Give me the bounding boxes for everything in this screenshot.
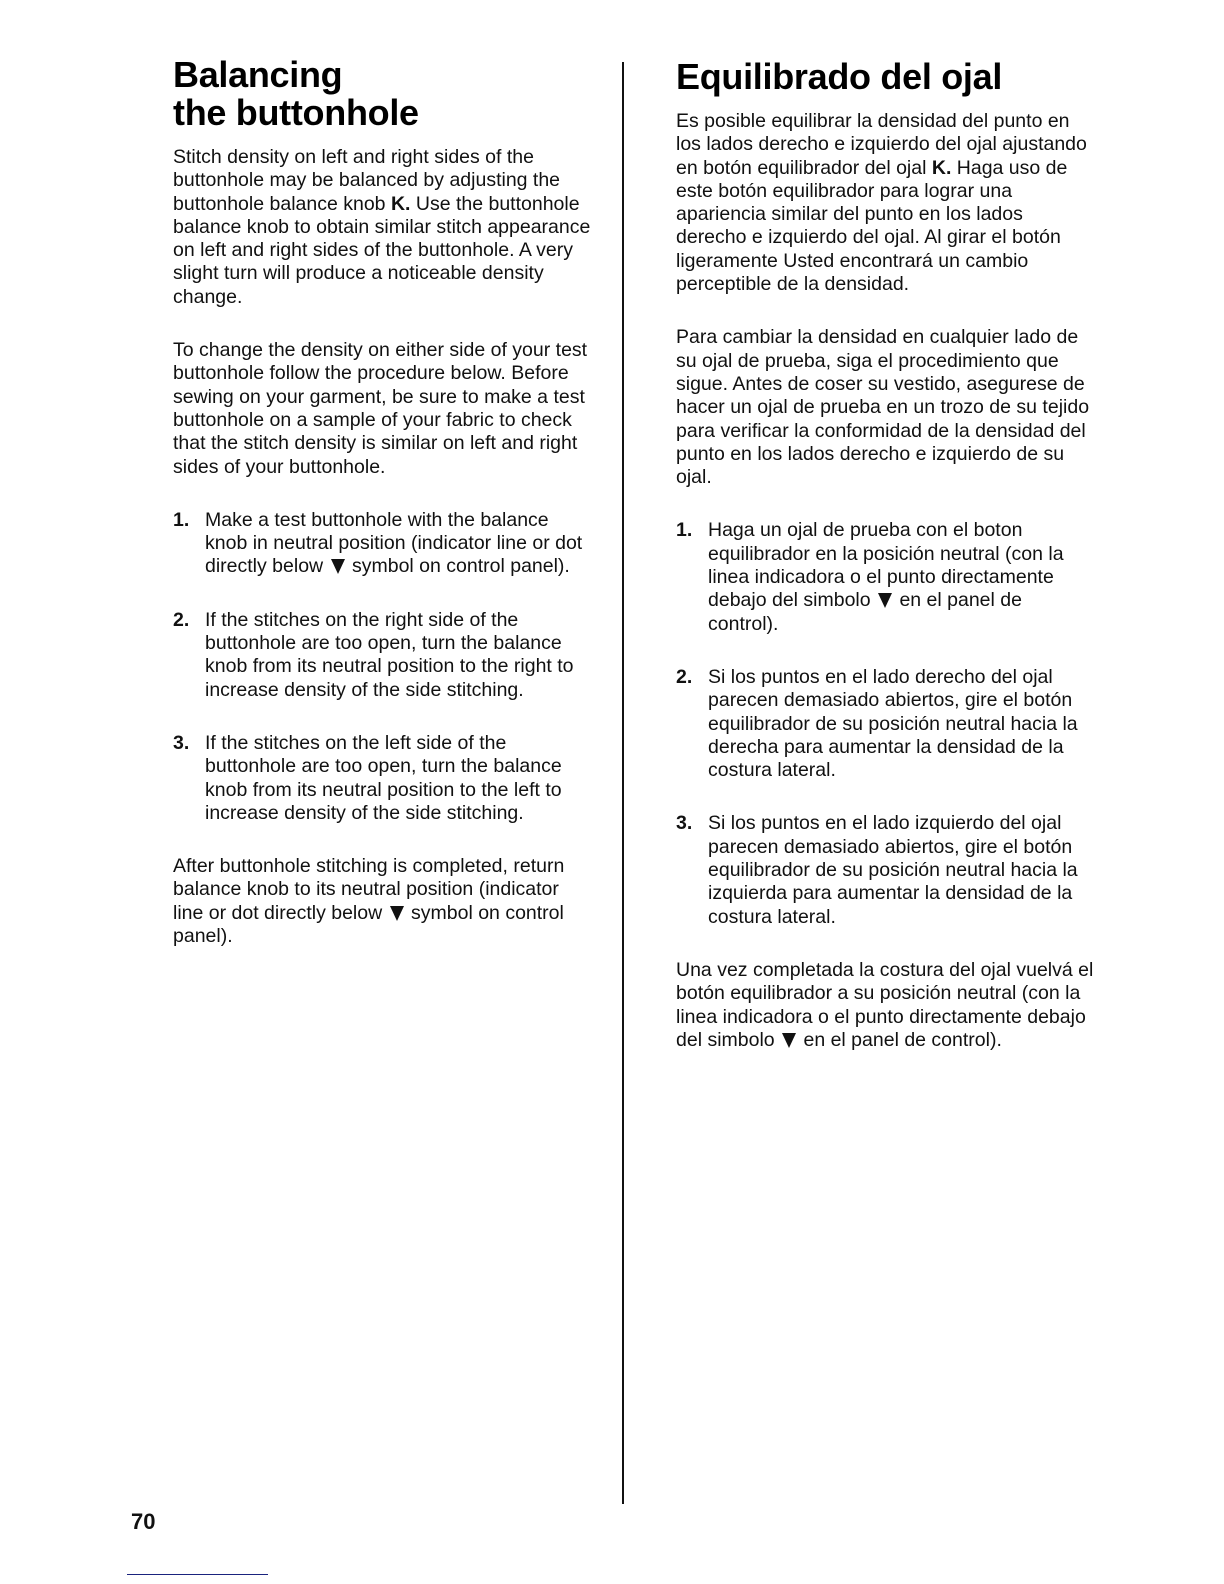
spanish-closing: Una vez completada la costura del ojal v… (676, 959, 1096, 1052)
spanish-intro: Es posible equilibrar la densidad del pu… (676, 110, 1096, 296)
spanish-steps: 1. Haga un ojal de prueba con el boton e… (676, 519, 1096, 928)
column-divider (622, 62, 624, 1504)
step-text: Si los puntos en el lado derecho del oja… (708, 666, 1096, 782)
step-number: 2. (676, 666, 708, 782)
step-text: Haga un ojal de prueba con el boton equi… (708, 519, 1096, 635)
knob-label-k: K. (932, 157, 952, 179)
step-number: 3. (173, 732, 205, 825)
spanish-step-1: 1. Haga un ojal de prueba con el boton e… (676, 519, 1096, 635)
english-column: Balancing the buttonhole Stitch density … (173, 56, 593, 978)
down-triangle-icon (782, 1033, 796, 1048)
spanish-column: Equilibrado del ojal Es posible equilibr… (676, 56, 1096, 1082)
step-text: Make a test buttonhole with the balance … (205, 509, 593, 579)
english-title: Balancing the buttonhole (173, 56, 593, 132)
spanish-procedure-intro: Para cambiar la densidad en cualquier la… (676, 326, 1096, 489)
english-closing: After buttonhole stitching is completed,… (173, 855, 593, 948)
english-procedure-intro: To change the density on either side of … (173, 339, 593, 479)
step-text: If the stitches on the left side of the … (205, 732, 593, 825)
footer-rule (127, 1574, 268, 1575)
knob-label-k: K. (391, 193, 411, 215)
english-steps: 1. Make a test buttonhole with the balan… (173, 509, 593, 825)
english-step-2: 2. If the stitches on the right side of … (173, 609, 593, 702)
page-number: 70 (131, 1509, 155, 1535)
down-triangle-icon (878, 593, 892, 608)
spanish-step-2: 2. Si los puntos en el lado derecho del … (676, 666, 1096, 782)
step-number: 1. (173, 509, 205, 579)
down-triangle-icon (331, 559, 345, 574)
step-text: If the stitches on the right side of the… (205, 609, 593, 702)
english-title-line1: Balancing (173, 54, 342, 95)
english-step-1: 1. Make a test buttonhole with the balan… (173, 509, 593, 579)
step-number: 2. (173, 609, 205, 702)
step-number: 3. (676, 812, 708, 928)
english-step-3: 3. If the stitches on the left side of t… (173, 732, 593, 825)
english-intro: Stitch density on left and right sides o… (173, 146, 593, 309)
english-title-line2: the buttonhole (173, 92, 419, 133)
spanish-step-3: 3. Si los puntos en el lado izquierdo de… (676, 812, 1096, 928)
spanish-closing-text-b: en el panel de control). (798, 1029, 1002, 1051)
down-triangle-icon (390, 906, 404, 921)
step-number: 1. (676, 519, 708, 635)
step-text: Si los puntos en el lado izquierdo del o… (708, 812, 1096, 928)
spanish-title: Equilibrado del ojal (676, 58, 1096, 96)
step-text-b: symbol on control panel). (347, 555, 570, 577)
